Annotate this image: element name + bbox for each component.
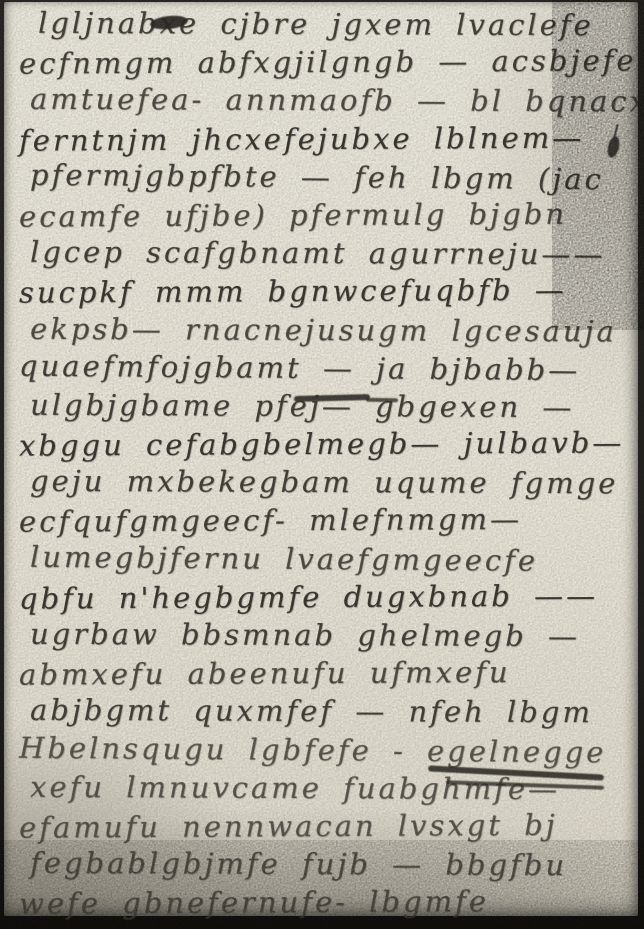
handwriting-line: xbggu cefabgbelmegb— julbavb— — [4, 423, 638, 465]
strikethrough-mark — [366, 398, 398, 403]
handwriting-line: lgljnabxe cjbre jgxem lvaclefe — [4, 4, 638, 45]
handwriting-line: fegbablgbjmfe fujb — bbgfbu — [4, 844, 638, 885]
handwriting-line: lgcep scafgbnamt agurrneju—— — [4, 233, 638, 274]
handwriting-line: ferntnjm jhcxefejubxe lblnem— — [4, 118, 638, 160]
manuscript-page: lgljnabxe cjbre jgxem lvaclefe ecfnmgm a… — [4, 2, 638, 916]
handwriting-line: ecfqufgmgeecf- mlefnmgm— — [4, 500, 638, 542]
handwriting-line: abmxefu abeenufu ufmxefu — [4, 653, 638, 695]
photographed-manuscript: lgljnabxe cjbre jgxem lvaclefe ecfnmgm a… — [0, 0, 644, 929]
handwriting-line: pfermjgbpfbte — feh lbgm (jac — [4, 155, 638, 198]
handwriting-line: ulgbjgbame pfej— gbgexen — — [4, 385, 638, 426]
handwriting-line: sucpkf mmm bgnwcefuqbfb — — [4, 271, 638, 313]
handwriting-line: abjbgmt quxmfef — nfeh lbgm — [4, 691, 638, 732]
handwriting-line: ecfnmgm abfxgjilgngb — acsbjefe — [4, 42, 638, 84]
handwriting-line: wefe gbnefernufe- lbgmfe — [4, 882, 638, 924]
handwriting-line: Hbelnsqugu lgbfefe - egelnegge — [4, 728, 638, 771]
handwriting-line: efamufu nennwacan lvsxgt bj — [4, 805, 638, 847]
handwriting-line: qbfu n'hegbgmfe dugxbnab —— — [4, 576, 638, 618]
handwriting-line: geju mxbekegbam uqume fgmge — [4, 462, 638, 503]
handwriting-line: lumegbjfernu lvaefgmgeecfe — [4, 537, 638, 580]
handwriting-line: amtuefea- annmaofb — bl bqnacxb — [4, 80, 638, 121]
handwriting-line: ekpsb— rnacnejusugm lgcesauja — [4, 309, 638, 350]
handwriting-line: quaefmfojgbamt — ja bjbabb— — [4, 346, 638, 389]
handwriting-line: ugrbaw bbsmnab ghelmegb — — [4, 615, 638, 656]
handwriting-line: ecamfe ufjbe) pfermulg bjgbn — [4, 194, 638, 236]
